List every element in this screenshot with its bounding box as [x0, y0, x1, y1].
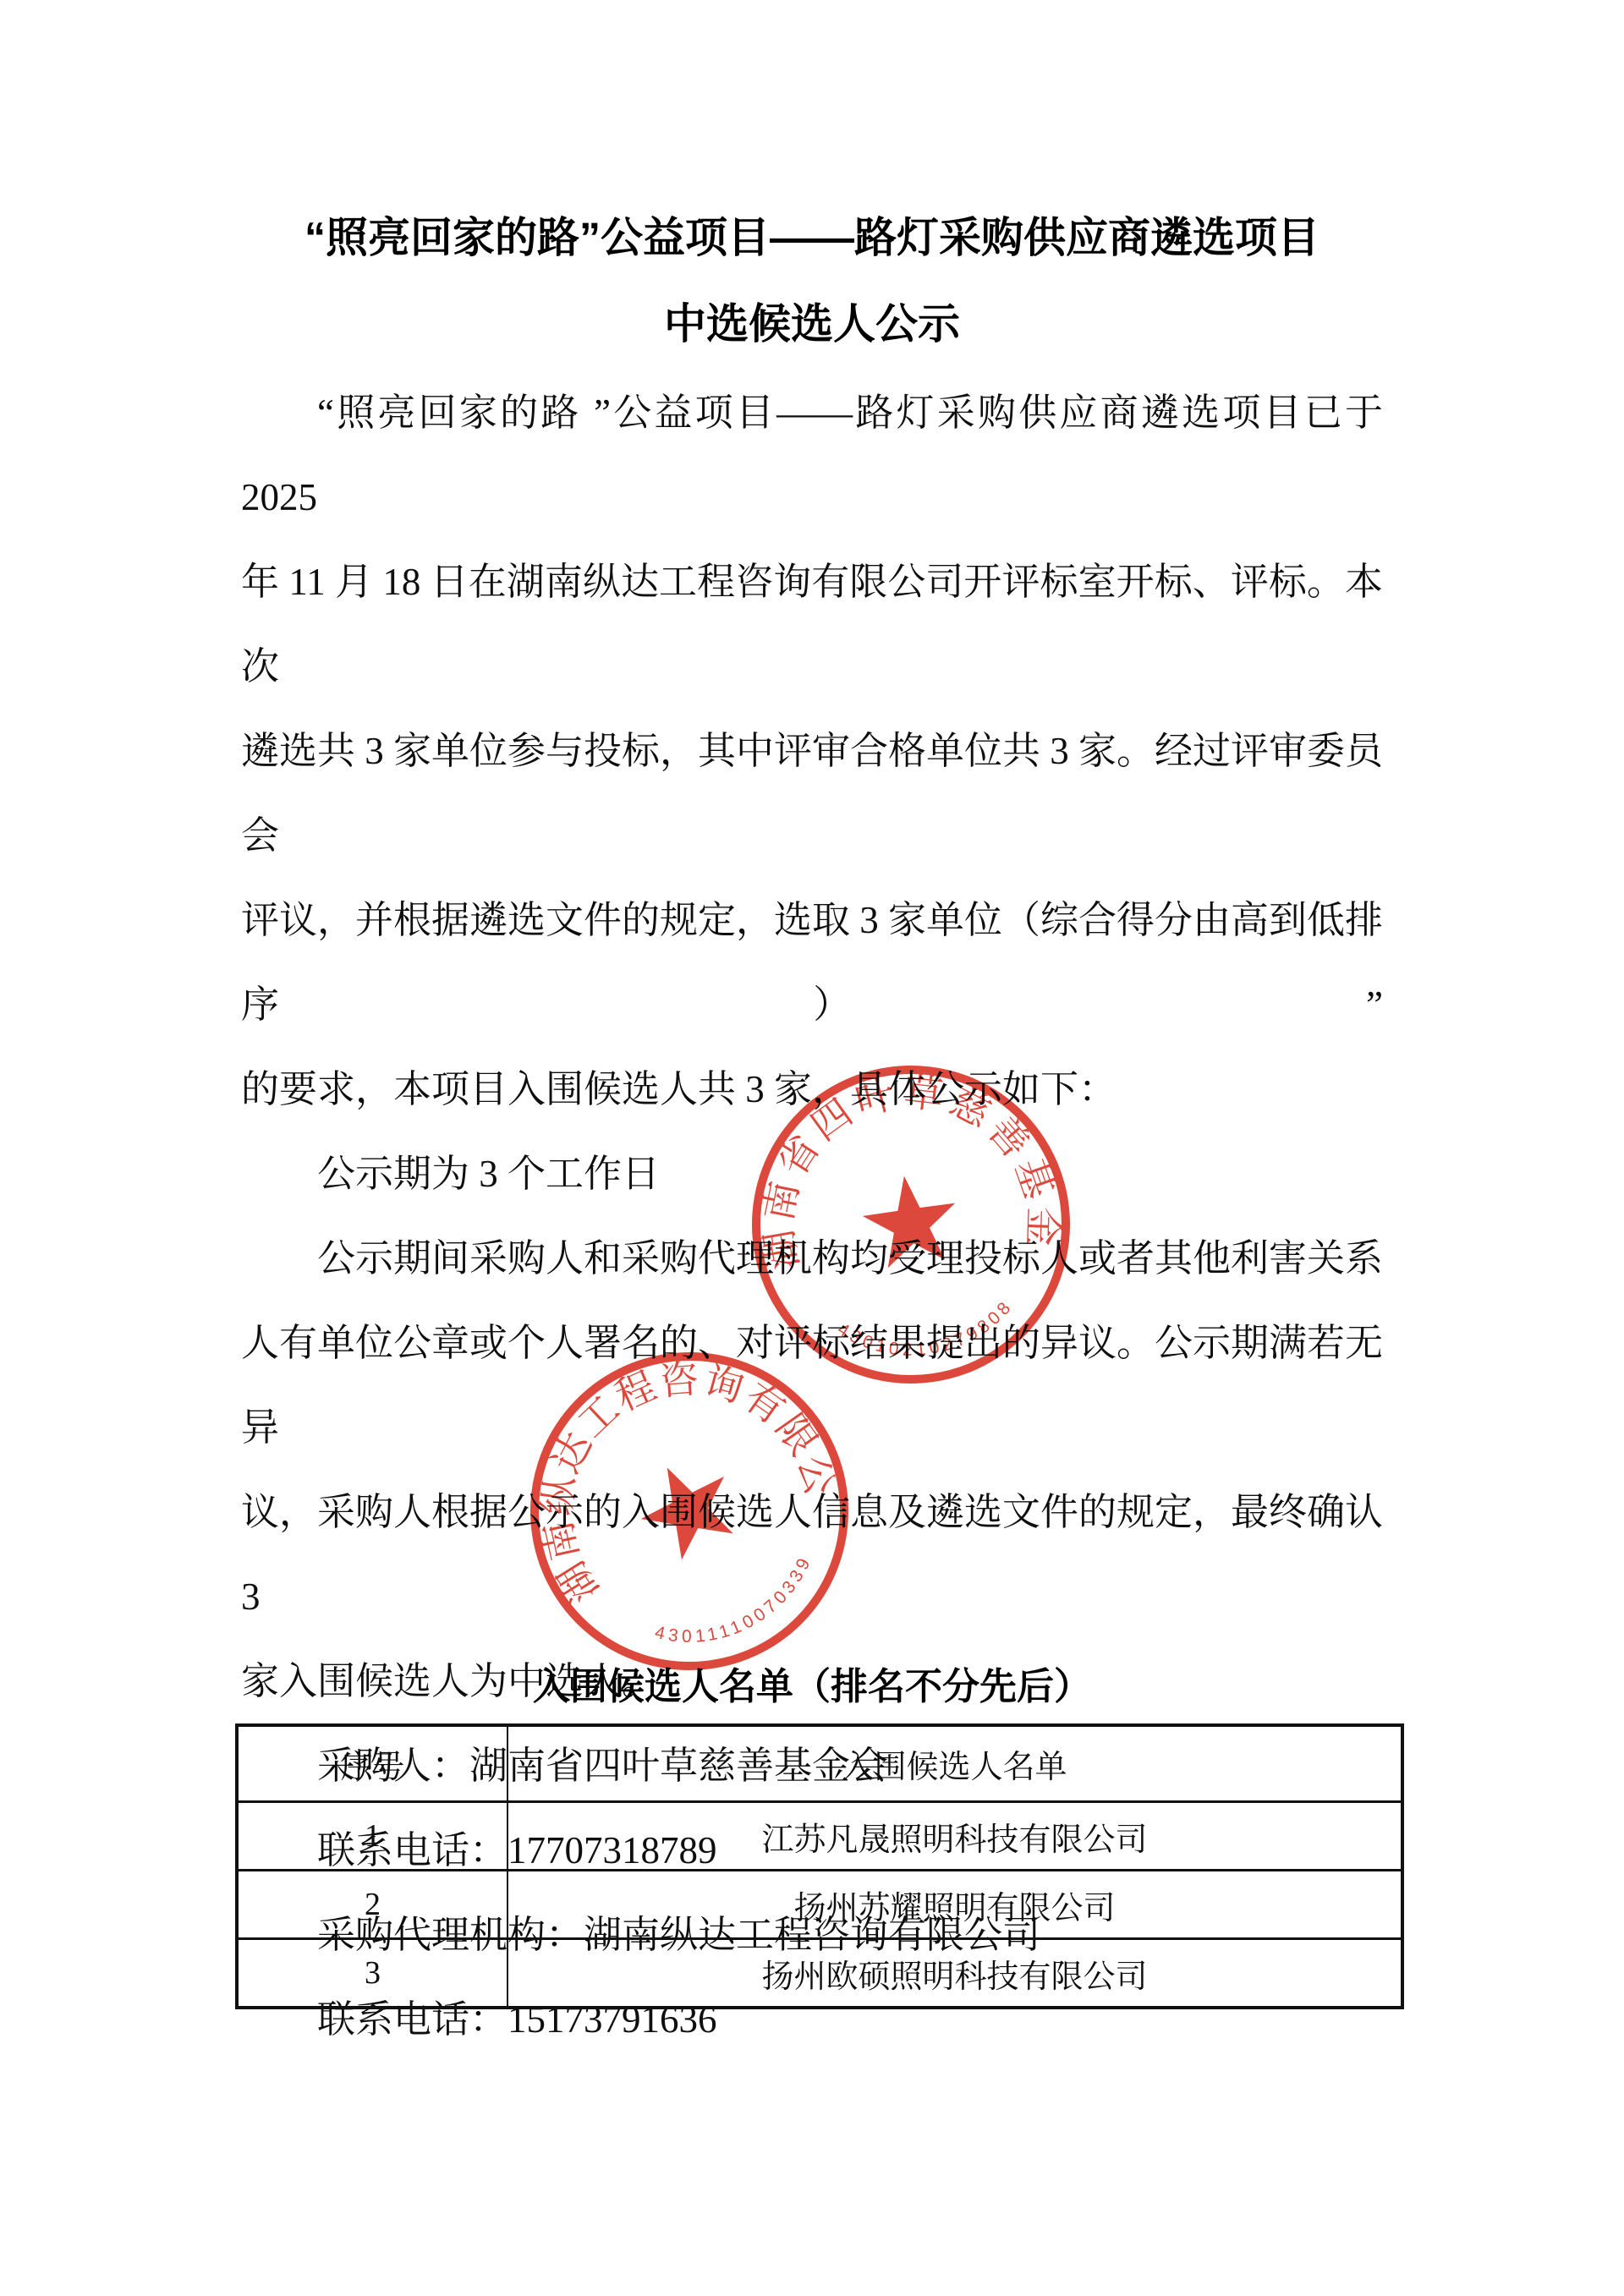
body-line: “照亮回家的路 ”公益项目——路灯采购供应商遴选项目已于 2025 [241, 370, 1383, 540]
candidate-index: 3 [237, 1939, 507, 2008]
table-row: 2 扬州苏耀照明有限公司 [237, 1871, 1402, 1939]
col-header-index: 序号 [237, 1725, 507, 1802]
table-row: 3 扬州欧硕照明科技有限公司 [237, 1939, 1402, 2008]
body-line: 的要求，本项目入围候选人共 3 家，具体公示如下： [241, 1047, 1383, 1132]
title-line-1: “照亮回家的路”公益项目——路灯采购供应商遴选项目 [241, 195, 1383, 281]
candidate-name: 扬州欧硕照明科技有限公司 [507, 1939, 1402, 2008]
body-line: 遴选共 3 家单位参与投标，其中评审合格单位共 3 家。经过评审委员会 [241, 709, 1383, 878]
body-line: 公示期间采购人和采购代理机构均受理投标人或者其他利害关系 [241, 1216, 1383, 1301]
body-line: 公示期为 3 个工作日 [241, 1132, 1383, 1216]
candidate-index: 1 [237, 1802, 507, 1871]
table-row: 1 江苏凡晟照明科技有限公司 [237, 1802, 1402, 1871]
announcement-document: “照亮回家的路”公益项目——路灯采购供应商遴选项目 中选候选人公示 “照亮回家的… [0, 0, 1624, 2296]
candidates-table-heading: 入围候选人名单（排名不分先后） [241, 1656, 1383, 1710]
col-header-name: 入围候选人名单 [507, 1725, 1402, 1802]
table-header-row: 序号 入围候选人名单 [237, 1725, 1402, 1802]
candidate-name: 扬州苏耀照明有限公司 [507, 1871, 1402, 1939]
candidate-index: 2 [237, 1871, 507, 1939]
candidates-table: 序号 入围候选人名单 1 江苏凡晟照明科技有限公司 2 扬州苏耀照明有限公司 3… [235, 1723, 1404, 2009]
body-line: 评议，并根据遴选文件的规定，选取 3 家单位（综合得分由高到低排序）” [241, 878, 1383, 1047]
body-line: 议，采购人根据公示的入围候选人信息及遴选文件的规定，最终确认 3 [241, 1470, 1383, 1639]
document-title: “照亮回家的路”公益项目——路灯采购供应商遴选项目 中选候选人公示 [241, 195, 1383, 367]
body-line: 年 11 月 18 日在湖南纵达工程咨询有限公司开评标室开标、评标。本次 [241, 540, 1383, 709]
title-line-2: 中选候选人公示 [241, 281, 1383, 367]
candidate-name: 江苏凡晟照明科技有限公司 [507, 1802, 1402, 1871]
body-line: 人有单位公章或个人署名的、对评标结果提出的异议。公示期满若无异 [241, 1301, 1383, 1470]
